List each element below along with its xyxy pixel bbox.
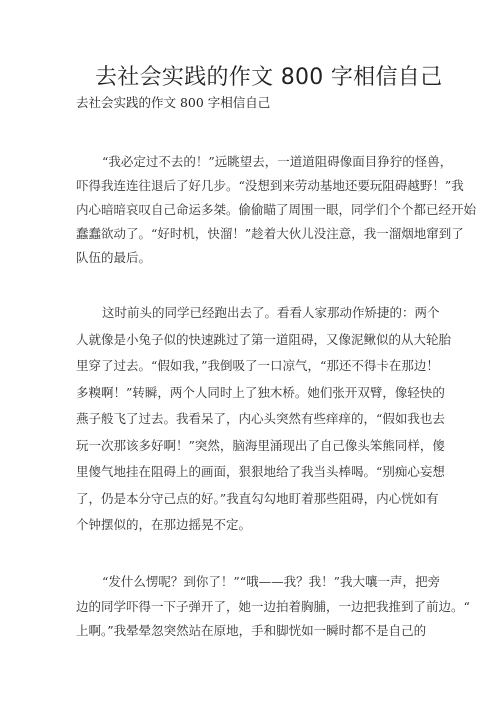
paragraph-line: 边的同学吓得一下子弹开了，她一边拍着胸脯，一边把我推到了前边。“ <box>76 595 436 620</box>
document-title: 去社会实践的作文 800 字相信自己 <box>95 60 442 91</box>
paragraph-line: 上啊。”我晕晕忽突然站在原地，手和脚恍如一瞬时都不是自己的 <box>76 619 436 644</box>
paragraph-line: 这时前头的同学已经跑出去了。看看人家那动作矫捷的：两个 <box>76 300 436 327</box>
paragraph-line: “我必定过不去的！”远眺望去，一道道阻碍像面目狰狞的怪兽， <box>76 150 436 174</box>
paragraph-line: “发什么愣呢？到你了！”“哦——我？我！”我大嚷一声，把旁 <box>76 570 436 595</box>
paragraph-line: 了，仍是本分守己点的好。”我直勾勾地盯着那些阻碍，内心恍如有 <box>76 486 436 513</box>
paragraph-line: 玩一次那该多好啊！”突然，脑海里涌现出了自己像头笨熊同样，傻 <box>76 433 436 460</box>
paragraph-line: 多糗啊！”转瞬，两个人同时上了独木桥。她们张开双臂，像轻快的 <box>76 380 436 407</box>
paragraph-line: 个钟摆似的，在那边摇晃不定。 <box>76 512 436 539</box>
document-subtitle: 去社会实践的作文 800 字相信自己 <box>76 93 270 111</box>
paragraph-3: “发什么愣呢？到你了！”“哦——我？我！”我大嚷一声，把旁 边的同学吓得一下子弹… <box>76 570 436 644</box>
paragraph-1: “我必定过不去的！”远眺望去，一道道阻碍像面目狰狞的怪兽， 吓得我连连往退后了好… <box>76 150 436 270</box>
paragraph-2: 这时前头的同学已经跑出去了。看看人家那动作矫捷的：两个 人就像是小兔子似的快速跳… <box>76 300 436 539</box>
paragraph-line: 队伍的最后。 <box>76 246 436 270</box>
paragraph-line: 燕子般飞了过去。我看呆了，内心头突然有些痒痒的，“假如我也去 <box>76 406 436 433</box>
paragraph-line: 蠢蠢欲动了。“好时机，快溜！”趁着大伙儿没注意，我一溜烟地窜到了 <box>76 222 436 246</box>
paragraph-line: 人就像是小兔子似的快速跳过了第一道阻碍，又像泥鳅似的从大轮胎 <box>76 327 436 354</box>
paragraph-line: 里穿了过去。“假如我，”我倒吸了一口凉气，“那还不得卡在那边！ <box>76 353 436 380</box>
paragraph-line: 吓得我连连往退后了好几步。“没想到来劳动基地还要玩阻碍越野！”我 <box>76 174 436 198</box>
paragraph-line: 里傻气地挂在阻碍上的画面，狠狠地给了我当头棒喝。“别痴心妄想 <box>76 459 436 486</box>
paragraph-line: 内心暗暗哀叹自己命运多桀。偷偷瞄了周围一眼，同学们个个都已经开始 <box>76 198 436 222</box>
